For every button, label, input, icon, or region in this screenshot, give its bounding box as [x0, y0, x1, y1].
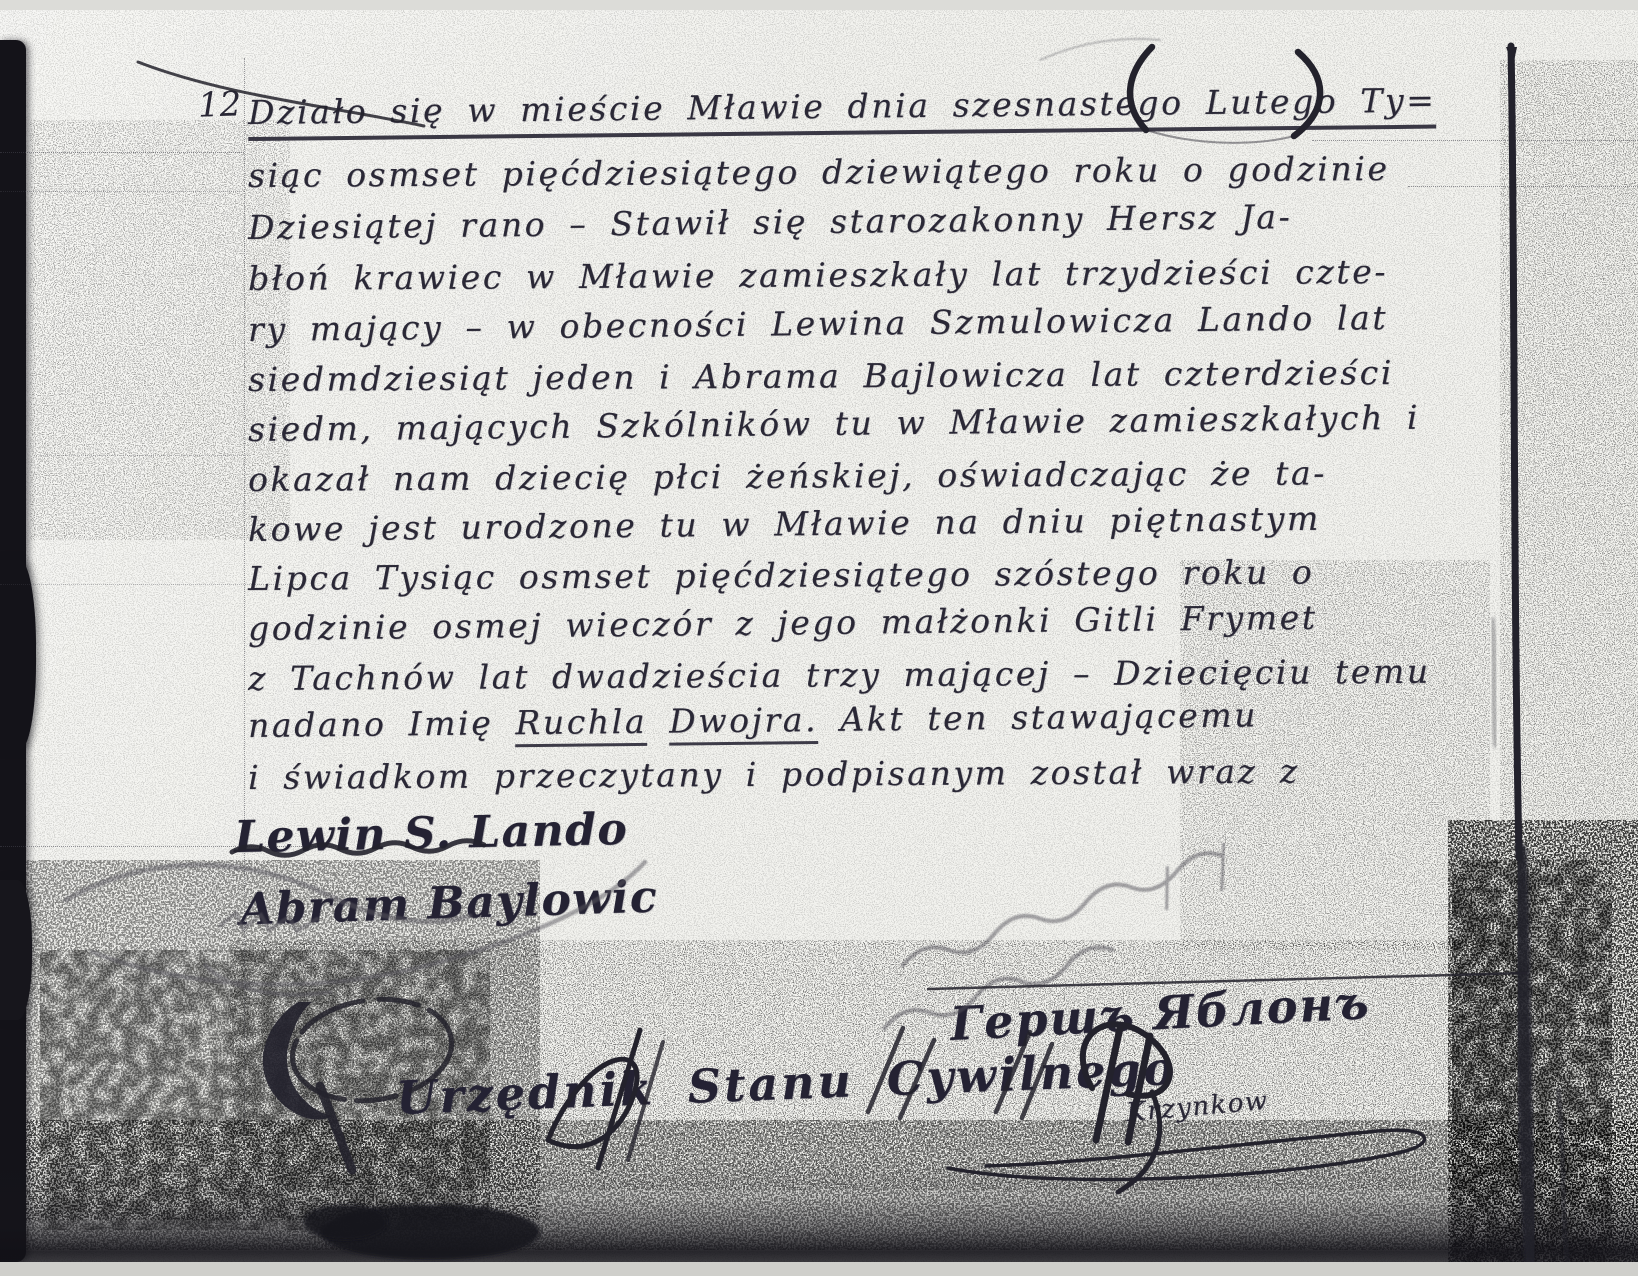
margin-ruled-line: [244, 58, 245, 1166]
father-cyrillic-signature: Гершъ Яблонъ: [949, 979, 1371, 1047]
witness1-signature: Lewin S. Lando: [234, 808, 629, 860]
witness2-signature: Abram Baylowic: [239, 875, 658, 932]
act-line-5: ry mający – w obecności Lewina Szmulowic…: [248, 299, 1389, 349]
child-name-2: Dwojra.: [669, 700, 818, 746]
ruled-line-mid-left: [40, 455, 250, 456]
act-line-1: Działo się w mieście Mławie dnia szesnas…: [248, 82, 1437, 132]
ruled-line-top-left-1: [0, 152, 244, 153]
bottom-scanner-edge: [0, 1262, 1638, 1276]
child-name-1: Ruchla: [515, 702, 647, 747]
underlined-opening-line: Działo się w mieście Mławie dnia szesnas…: [248, 81, 1437, 141]
top-scanner-edge: [0, 0, 1638, 10]
right-fold-line: [1492, 46, 1570, 1276]
ruled-line-top-right-2: [1408, 186, 1638, 187]
act-line-11: godzinie osmej wieczór z jego małżonki G…: [248, 599, 1318, 648]
act-line-14: i świadkom przeczytany i podpisanym zost…: [248, 753, 1300, 797]
bottom-scan-shadow: [0, 1158, 1638, 1262]
act-line-2: siąc osmset pięćdziesiątego dziewiątego …: [248, 150, 1390, 195]
left-edge-blob-upper: [0, 560, 36, 750]
act-line-6: siedmdziesiąt jeden i Abrama Bajlowicza …: [248, 354, 1394, 399]
scanned-document-page: 12 Działo się w mieście Mławie dnia szes…: [0, 0, 1638, 1276]
left-edge-blob-lower: [0, 880, 32, 1020]
line13-post: Akt ten stawającemu: [818, 695, 1258, 739]
line13-mid: [647, 702, 670, 741]
act-line-13: nadano Imię Ruchla Dwojra. Akt ten stawa…: [248, 696, 1258, 745]
ruled-line-top-left-2: [0, 191, 244, 192]
act-line-4: błoń krawiec w Mławie zamieszkały lat tr…: [248, 253, 1388, 298]
act-line-7: siedm, mających Szkólników tu w Mławie z…: [248, 399, 1420, 449]
ruled-line-top-right-1: [1312, 140, 1638, 141]
act-line-9: kowe jest urodzone tu w Mławie na dniu p…: [248, 500, 1321, 549]
ruled-line-bottom-left: [58, 1166, 538, 1167]
act-line-8: okazał nam dziecię płci żeńskiej, oświad…: [248, 454, 1327, 499]
act-line-3: Dziesiątej rano – Stawił się starozakonn…: [248, 198, 1293, 247]
civil-registrar-title: Urzędnik Stanu Cywilnego: [395, 1045, 1178, 1121]
record-number: 12: [197, 87, 241, 122]
act-line-12: z Tachnów lat dwadzieścia trzy mającej –…: [248, 653, 1431, 698]
line13-pre: nadano Imię: [248, 703, 516, 745]
act-line-10: Lipca Tysiąc osmset pięćdziesiątego szós…: [248, 553, 1315, 597]
